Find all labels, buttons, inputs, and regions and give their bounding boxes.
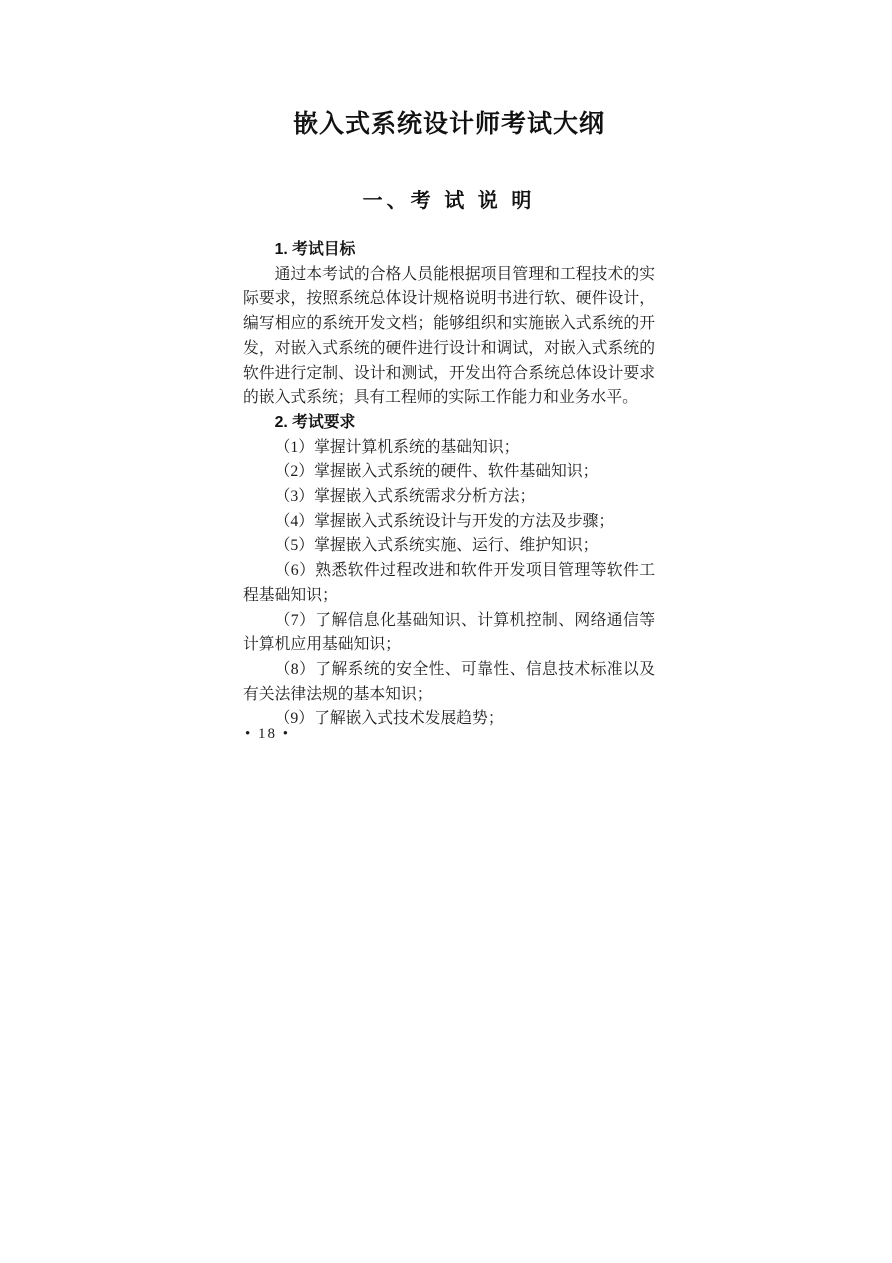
requirement-item-7: （7）了解信息化基础知识、计算机控制、网络通信等计算机应用基础知识； xyxy=(243,609,655,658)
page-number: • 18 • xyxy=(245,725,290,743)
document-title: 嵌入式系统设计师考试大纲 xyxy=(243,0,655,138)
requirement-item-2: （2）掌握嵌入式系统的硬件、软件基础知识； xyxy=(243,460,655,485)
requirement-item-3: （3）掌握嵌入式系统需求分析方法； xyxy=(243,485,655,510)
requirement-item-1: （1）掌握计算机系统的基础知识； xyxy=(243,436,655,461)
subsection-heading-exam-objective: 1. 考试目标 xyxy=(243,238,655,263)
exam-objective-paragraph: 通过本考试的合格人员能根据项目管理和工程技术的实际要求，按照系统总体设计规格说明… xyxy=(243,263,655,411)
section-heading: 一、考 试 说 明 xyxy=(243,138,655,213)
subsection-heading-exam-requirements: 2. 考试要求 xyxy=(243,411,655,436)
requirement-item-8: （8）了解系统的安全性、可靠性、信息技术标准以及有关法律法规的基本知识； xyxy=(243,658,655,707)
text-column: 嵌入式系统设计师考试大纲 一、考 试 说 明 1. 考试目标 通过本考试的合格人… xyxy=(243,0,655,732)
requirement-item-6: （6）熟悉软件过程改进和软件开发项目管理等软件工程基础知识； xyxy=(243,559,655,608)
requirement-item-4: （4）掌握嵌入式系统设计与开发的方法及步骤； xyxy=(243,510,655,535)
document-page: 嵌入式系统设计师考试大纲 一、考 试 说 明 1. 考试目标 通过本考试的合格人… xyxy=(0,0,892,1263)
requirement-item-5: （5）掌握嵌入式系统实施、运行、维护知识； xyxy=(243,534,655,559)
requirement-item-9: （9）了解嵌入式技术发展趋势； xyxy=(243,707,655,732)
body-text-block: 1. 考试目标 通过本考试的合格人员能根据项目管理和工程技术的实际要求，按照系统… xyxy=(243,213,655,732)
